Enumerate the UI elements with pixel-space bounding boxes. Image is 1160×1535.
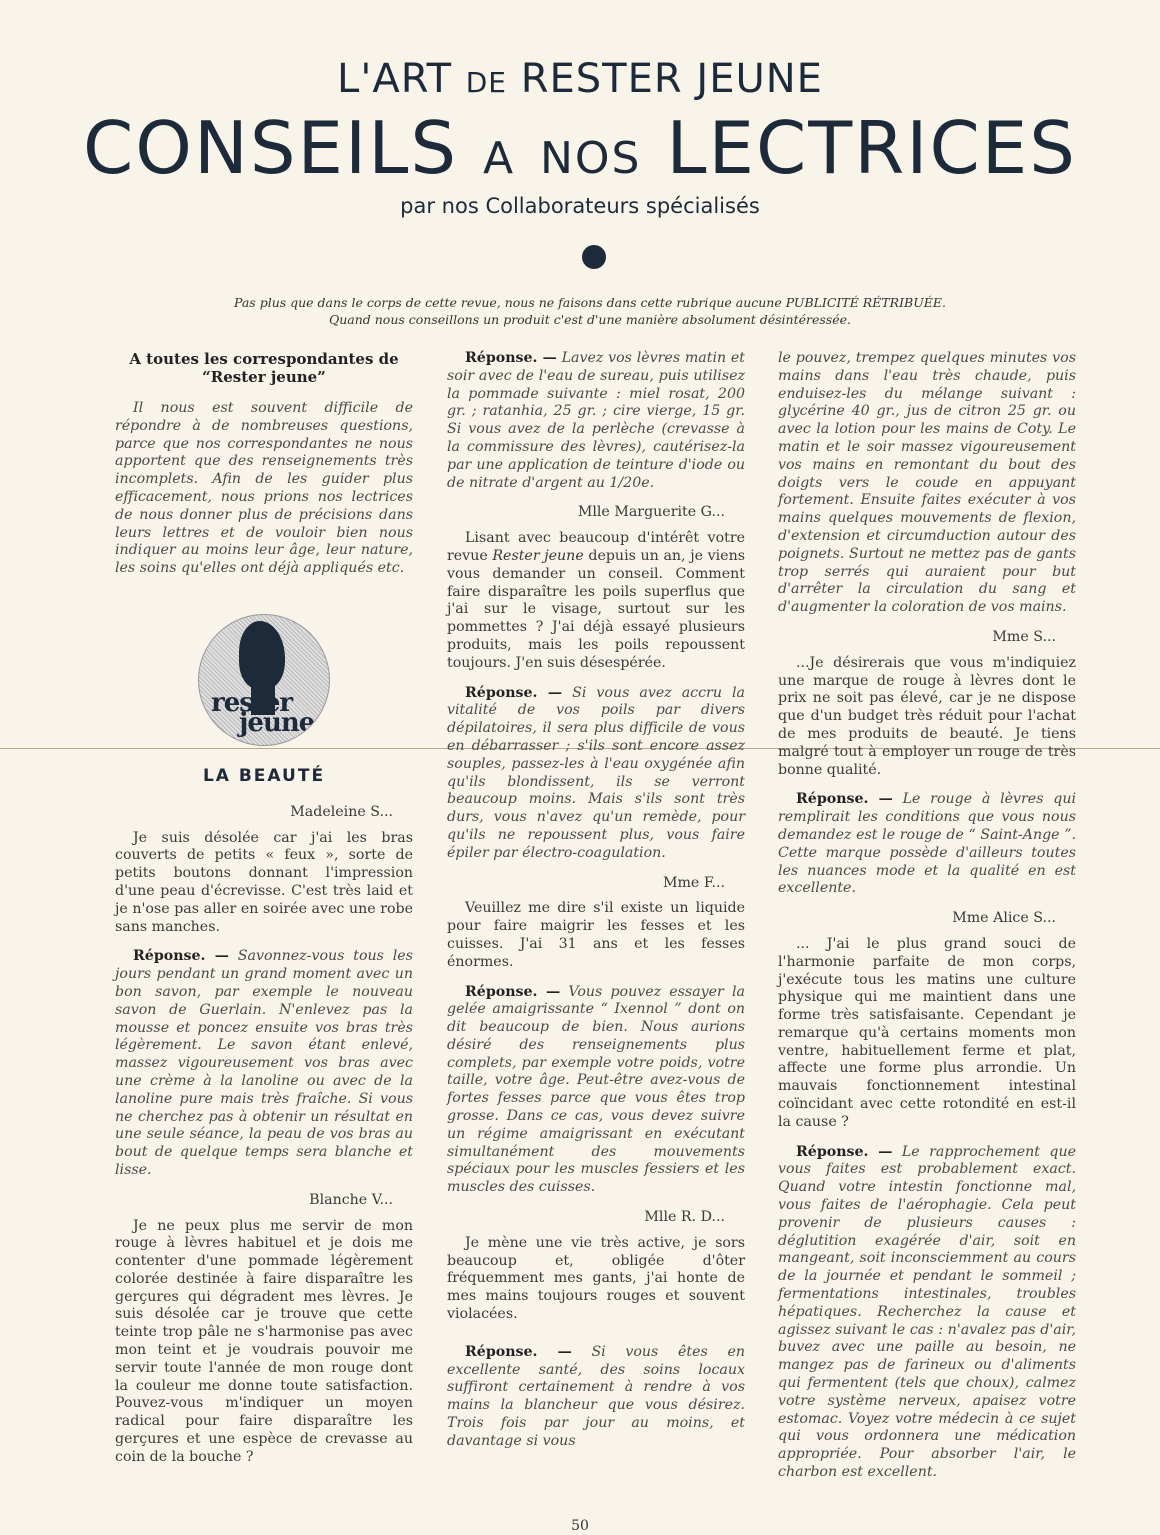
answer-body: Lavez vos lèvres matin et soir avec de l… (447, 350, 745, 491)
notice-heading: A toutes les correspondantes de “Rester … (115, 350, 413, 386)
correspondent-name: Mlle R. D... (447, 1209, 745, 1227)
title-word: NOS (540, 133, 641, 184)
correspondent-name: Mme S... (778, 629, 1076, 647)
correspondent-name: Madeleine S... (115, 804, 413, 822)
kicker-word: DE (466, 66, 507, 99)
question-text: Je ne peux plus me servir de mon rouge à… (115, 1218, 413, 1467)
answer-body: Le rapprochement que vous faites est pro… (778, 1144, 1076, 1480)
answer-label: Réponse. — (465, 350, 557, 366)
page-title: CONSEILS A NOS LECTRICES (0, 108, 1160, 199)
answer-text: Réponse. — Le rouge à lèvres qui remplir… (778, 791, 1076, 898)
column-1: A toutes les correspondantes de “Rester … (115, 350, 413, 1467)
question-text: ... J'ai le plus grand souci de l'harmon… (778, 936, 1076, 1132)
answer-text: Réponse. — Si vous avez accru la vitalit… (447, 685, 745, 863)
magazine-page: L'ART DE RESTER JEUNE CONSEILS A NOS LEC… (0, 0, 1160, 1535)
silhouette-icon (239, 621, 285, 689)
question-text: Je mène une vie très active, je sors bea… (447, 1235, 745, 1324)
correspondent-name: Mlle Marguerite G... (447, 504, 745, 522)
notice-text: Il nous est souvent difficile de répondr… (115, 400, 413, 578)
kicker-word: RESTER JEUNE (521, 56, 823, 102)
answer-label: Réponse. — (465, 1344, 572, 1360)
column-3: le pouvez, trempez quelques minutes vos … (778, 350, 1076, 1482)
answer-text: Réponse. — Le rapprochement que vous fai… (778, 1144, 1076, 1482)
answer-body: Vous pouvez essayer la gelée amaigrissan… (447, 984, 745, 1196)
answer-text: Réponse. — Savonnez-vous tous les jours … (115, 948, 413, 1179)
question-text: Je suis désolée car j'ai les bras couver… (115, 830, 413, 937)
answer-label: Réponse. — (796, 1144, 892, 1160)
answer-label: Réponse. — (465, 685, 562, 701)
disclaimer-line: Quand nous conseillons un produit c'est … (150, 311, 1030, 328)
answer-text: Réponse. — Vous pouvez essayer la gelée … (447, 984, 745, 1198)
question-text: Veuillez me dire s'il existe un liquide … (447, 900, 745, 971)
correspondent-name: Blanche V... (115, 1192, 413, 1210)
logo-text: jeune (239, 715, 314, 733)
title-word: CONSEILS (83, 106, 458, 190)
page-number: 50 (0, 1518, 1160, 1534)
question-part: depuis un an, je viens vous demander un … (447, 548, 745, 671)
question-text: Lisant avec beaucoup d'intérêt votre rev… (447, 530, 745, 672)
rester-jeune-logo: rester jeune (198, 614, 330, 746)
title-word: A (483, 133, 515, 184)
answer-label: Réponse. — (133, 948, 229, 964)
bullet-ornament-icon (582, 245, 606, 269)
magazine-name: Rester jeune (492, 548, 583, 564)
subtitle: par nos Collaborateurs spécialisés (0, 194, 1160, 218)
answer-text: Réponse. — Lavez vos lèvres matin et soi… (447, 350, 745, 492)
question-text: ...Je désirerais que vous m'indiquiez un… (778, 655, 1076, 780)
disclaimer-line: Pas plus que dans le corps de cette revu… (150, 294, 1030, 311)
section-heading: LA BEAUTÉ (115, 768, 413, 786)
answer-label: Réponse. — (796, 791, 893, 807)
title-word: LECTRICES (666, 106, 1077, 190)
correspondent-name: Mme F... (447, 875, 745, 893)
answer-body: Si vous avez accru la vitalité de vos po… (447, 685, 745, 861)
column-2: Réponse. — Lavez vos lèvres matin et soi… (447, 350, 745, 1451)
kicker-word: L'ART (337, 56, 452, 102)
answer-continuation: le pouvez, trempez quelques minutes vos … (778, 350, 1076, 617)
kicker-title: L'ART DE RESTER JEUNE (0, 56, 1160, 102)
disclaimer: Pas plus que dans le corps de cette revu… (150, 294, 1030, 328)
answer-text: Réponse. — Si vous êtes en excellente sa… (447, 1344, 745, 1451)
correspondent-name: Mme Alice S... (778, 910, 1076, 928)
answer-label: Réponse. — (465, 984, 560, 1000)
answer-body: Savonnez-vous tous les jours pendant un … (115, 948, 413, 1178)
